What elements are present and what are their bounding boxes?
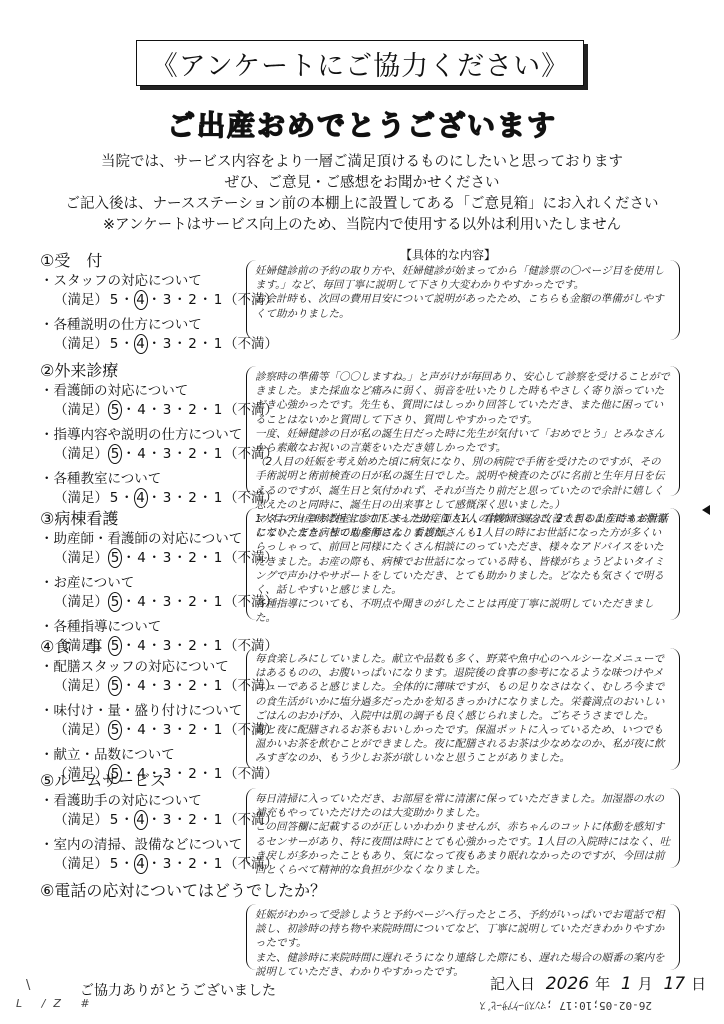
scale-separator: ・ (122, 722, 136, 738)
rating-option[interactable]: 2 (187, 291, 199, 309)
scale-separator: ・ (173, 812, 187, 828)
rating-option-selected[interactable]: 4 (134, 854, 148, 874)
scale-separator: ・ (148, 336, 162, 352)
rating-option[interactable]: 2 (187, 335, 199, 353)
rating-option[interactable]: 4 (136, 677, 148, 695)
rating-option[interactable]: 2 (187, 811, 199, 829)
rating-option[interactable]: 3 (161, 335, 173, 353)
scale-separator: ・ (199, 446, 213, 462)
rating-option[interactable]: 1 (212, 549, 224, 567)
congrats-heading: ご出産おめでとうございます (0, 104, 724, 144)
question-label: 各種説明の仕方について (40, 316, 240, 334)
handwritten-comment: 毎日清掃に入っていただき、お部屋を常に清潔に保っていただきました。加湿器の水の補… (255, 792, 671, 820)
rating-option[interactable]: 4 (136, 593, 148, 611)
rating-option[interactable]: 3 (161, 721, 173, 739)
rating-scale: （満足）5・4・3・2・1（不満） (40, 290, 240, 310)
rating-option-selected[interactable]: 5 (108, 400, 122, 420)
rating-option[interactable]: 3 (161, 593, 173, 611)
scale-separator: ・ (120, 490, 134, 506)
survey-section: ⑥電話の応対についてはどうでしたか？ (40, 880, 240, 902)
rating-scale: （満足）5・4・3・2・1（不満） (40, 854, 240, 874)
scale-separator: ・ (173, 856, 187, 872)
rating-scale: （満足）5・4・3・2・1（不満） (40, 720, 240, 740)
section-title: ⑤ルームサービス (40, 770, 240, 792)
section-title: ②外来診療 (40, 360, 240, 382)
scale-separator: ・ (199, 678, 213, 694)
rating-option[interactable]: 5 (108, 335, 120, 353)
rating-option[interactable]: 1 (212, 335, 224, 353)
rating-option[interactable]: 4 (136, 549, 148, 567)
entry-date: 記入日 2026年 1月 17日 (490, 973, 706, 994)
scale-separator: ・ (148, 490, 162, 506)
scale-separator: ・ (199, 292, 213, 308)
question-label: 看護助手の対応について (40, 792, 240, 810)
question-label: スタッフの対応について (40, 272, 240, 290)
rating-option[interactable]: 2 (187, 855, 199, 873)
scale-separator: ・ (199, 812, 213, 828)
scale-separator: ・ (199, 594, 213, 610)
scale-separator: ・ (173, 722, 187, 738)
question-label: 味付け・量・盛り付けについて (40, 702, 240, 720)
handwritten-comment: 診察時の準備等「〇〇しますね。」と声がけが毎回あり、安心して診察を受けることがで… (255, 370, 671, 427)
rating-option[interactable]: 4 (136, 721, 148, 739)
scale-separator: ・ (120, 856, 134, 872)
question-label: 配膳スタッフの対応について (40, 658, 240, 676)
intro-text: 当院では、サービス内容をより一層ご満足頂けるものにしたいと思っております ぜひ、… (60, 152, 664, 236)
scale-left-label: （満足） (54, 722, 108, 738)
scale-separator: ・ (122, 678, 136, 694)
rating-option[interactable]: 1 (212, 593, 224, 611)
scale-separator: ・ (173, 446, 187, 462)
date-label: 記入日 (490, 975, 535, 993)
scale-left-label: （満足） (54, 446, 108, 462)
side-arrow-mark (702, 505, 710, 515)
rating-option[interactable]: 2 (187, 401, 199, 419)
comment-box[interactable]: 妊娠がわかって受診しようと予約ページへ行ったところ、予約がいっぱいでお電話で相談… (246, 904, 680, 970)
rating-option[interactable]: 5 (108, 855, 120, 873)
rating-option-selected[interactable]: 4 (134, 488, 148, 508)
handwritten-comment: 1人目の出産時に担当して下さった助産師さん、看護師さんに、2人目の出産時もお世話… (255, 512, 671, 597)
rating-option-selected[interactable]: 5 (108, 720, 122, 740)
scale-separator: ・ (148, 446, 162, 462)
question-label: お産について (40, 574, 240, 592)
date-year[interactable]: 2026 (546, 974, 589, 994)
section-title: ⑥電話の応対についてはどうでしたか？ (40, 880, 240, 902)
scale-separator: ・ (199, 722, 213, 738)
scale-separator: ・ (122, 594, 136, 610)
rating-option[interactable]: 2 (187, 721, 199, 739)
rating-option[interactable]: 5 (108, 291, 120, 309)
rating-option[interactable]: 5 (108, 489, 120, 507)
scale-left-label: （満足） (54, 856, 108, 872)
scale-left-label: （満足） (54, 678, 108, 694)
survey-section: ④食 事配膳スタッフの対応について（満足）5・4・3・2・1（不満）味付け・量・… (40, 636, 240, 790)
comment-box[interactable]: 診察時の準備等「〇〇しますね。」と声がけが毎回あり、安心して診察を受けることがで… (246, 366, 680, 496)
rating-scale: （満足）5・4・3・2・1（不満） (40, 334, 240, 354)
rating-option[interactable]: 2 (187, 549, 199, 567)
scale-separator: ・ (173, 402, 187, 418)
handwritten-comment: 妊娠がわかって受診しようと予約ページへ行ったところ、予約がいっぱいでお電話で相談… (255, 908, 671, 951)
rating-option[interactable]: 3 (161, 855, 173, 873)
scale-left-label: （満足） (54, 812, 108, 828)
survey-section: ②外来診療看護師の対応について（満足）5・4・3・2・1（不満）指導内容や説明の… (40, 360, 240, 514)
rating-scale: （満足）5・4・3・2・1（不満） (40, 676, 240, 696)
rating-option[interactable]: 3 (161, 291, 173, 309)
scale-left-label: （満足） (54, 550, 108, 566)
rating-scale: （満足）5・4・3・2・1（不満） (40, 810, 240, 830)
scale-separator: ・ (122, 550, 136, 566)
rating-option[interactable]: 2 (187, 677, 199, 695)
rating-option[interactable]: 1 (212, 445, 224, 463)
rating-option-selected[interactable]: 5 (108, 592, 122, 612)
rating-scale: （満足）5・4・3・2・1（不満） (40, 444, 240, 464)
scale-separator: ・ (122, 402, 136, 418)
scale-separator: ・ (120, 812, 134, 828)
scale-separator: ・ (199, 336, 213, 352)
question-label: 看護師の対応について (40, 382, 240, 400)
scale-separator: ・ (148, 292, 162, 308)
scale-left-label: （満足） (54, 490, 108, 506)
rating-option[interactable]: 3 (161, 489, 173, 507)
scale-separator: ・ (148, 550, 162, 566)
rating-option[interactable]: 2 (187, 489, 199, 507)
rating-option[interactable]: 3 (161, 445, 173, 463)
section-title: ④食 事 (40, 636, 240, 658)
scale-separator: ・ (199, 856, 213, 872)
rating-option[interactable]: 1 (212, 677, 224, 695)
intro-line: ※アンケートはサービス向上のため、当院内で使用する以外は利用いたしません (60, 215, 664, 236)
thanks-text: ご協力ありがとうございました (80, 980, 276, 1000)
section-title: ①受 付 (40, 250, 240, 272)
scale-separator: ・ (199, 402, 213, 418)
rating-option-selected[interactable]: 5 (108, 548, 122, 568)
question-label: 室内の清掃、設備などについて (40, 836, 240, 854)
comment-box[interactable]: 毎食楽しみにしていました。献立や品数も多く、野菜や魚中心のヘルシーなメニューでは… (246, 648, 680, 770)
scale-separator: ・ (148, 594, 162, 610)
rating-option-selected[interactable]: 5 (108, 676, 122, 696)
rating-option[interactable]: 3 (161, 549, 173, 567)
scale-separator: ・ (173, 594, 187, 610)
intro-line: ぜひ、ご意見・ご感想をお聞かせください (60, 173, 664, 194)
rating-option[interactable]: 1 (212, 291, 224, 309)
rating-scale: （満足）5・4・3・2・1（不満） (40, 488, 240, 508)
handwritten-comment: （2人目の妊娠を考え始めた頃に病気になり、別の病院で手術を受けたのですが、その手… (255, 455, 671, 512)
survey-title: 《アンケートにご協力ください》 (151, 44, 569, 83)
question-label: 各種指導について (40, 618, 240, 636)
scale-separator: ・ (173, 678, 187, 694)
comment-box[interactable]: 妊婦健診前の予約の取り方や、妊婦健診が始まってから「健診票の〇ページ目を使用しま… (246, 260, 680, 340)
rating-option[interactable]: 1 (212, 489, 224, 507)
question-label: 助産師・看護師の対応について (40, 530, 240, 548)
scale-separator: ・ (173, 490, 187, 506)
date-month[interactable]: 1 (621, 974, 632, 994)
intro-line: 当院では、サービス内容をより一層ご満足頂けるものにしたいと思っております (60, 152, 664, 173)
scale-separator: ・ (120, 292, 134, 308)
rating-scale: （満足）5・4・3・2・1（不満） (40, 400, 240, 420)
rating-option[interactable]: 4 (136, 401, 148, 419)
handwritten-comment: お会計時も、次回の費用目安について説明があったため、こちらも金額の準備がしやすく… (255, 292, 671, 320)
date-day[interactable]: 17 (663, 974, 685, 994)
scale-separator: ・ (199, 490, 213, 506)
rating-option-selected[interactable]: 4 (134, 334, 148, 354)
fax-stamp: 26-02-05;10:17 ;ﾏﾝｽﾘｰｹｱｻｰﾋﾞｽ (480, 998, 652, 1014)
handwritten-comment: 毎食楽しみにしていました。献立や品数も多く、野菜や魚中心のヘルシーなメニューでは… (255, 652, 671, 723)
rating-option[interactable]: 3 (161, 401, 173, 419)
month-unit: 月 (638, 975, 653, 993)
day-unit: 日 (691, 975, 706, 993)
scale-separator: ・ (173, 550, 187, 566)
scale-separator: ・ (173, 336, 187, 352)
survey-title-box: 《アンケートにご協力ください》 (136, 40, 584, 86)
rating-option[interactable]: 3 (161, 677, 173, 695)
rating-option-selected[interactable]: 5 (108, 444, 122, 464)
question-label: 指導内容や説明の仕方について (40, 426, 240, 444)
rating-option[interactable]: 5 (108, 811, 120, 829)
scale-separator: ・ (148, 856, 162, 872)
rating-scale: （満足）5・4・3・2・1（不満） (40, 548, 240, 568)
intro-line: ご記入後は、ナースステーション前の本棚上に設置してある「ご意見箱」にお入れくださ… (60, 194, 664, 215)
rating-option-selected[interactable]: 4 (134, 290, 148, 310)
rating-option[interactable]: 2 (187, 445, 199, 463)
scale-left-label: （満足） (54, 594, 108, 610)
scale-separator: ・ (122, 446, 136, 462)
rating-option[interactable]: 2 (187, 593, 199, 611)
scale-separator: ・ (199, 550, 213, 566)
scale-separator: ・ (148, 402, 162, 418)
survey-section: ①受 付スタッフの対応について（満足）5・4・3・2・1（不満）各種説明の仕方に… (40, 250, 240, 360)
comment-box[interactable]: 毎日清掃に入っていただき、お部屋を常に清潔に保っていただきました。加湿器の水の補… (246, 788, 680, 868)
scale-left-label: （満足） (54, 292, 108, 308)
rating-option[interactable]: 1 (212, 721, 224, 739)
rating-option[interactable]: 3 (161, 811, 173, 829)
scale-separator: ・ (173, 292, 187, 308)
scan-mark: \ (26, 978, 30, 993)
handwritten-comment: 朝と夜に配膳されるお茶もおいしかったです。保温ポットに入っているため、いつでも温… (255, 723, 671, 766)
rating-option[interactable]: 1 (212, 401, 224, 419)
handwritten-comment: 妊婦健診前の予約の取り方や、妊婦健診が始まってから「健診票の〇ページ目を使用しま… (255, 264, 671, 292)
handwritten-comment: この回答欄に記載するのが正しいかわかりませんが、赤ちゃんのコットに体動を感知する… (255, 820, 671, 877)
scale-left-label: （満足） (54, 336, 108, 352)
section-title: ③病棟看護 (40, 508, 240, 530)
scale-left-label: （満足） (54, 402, 108, 418)
handwritten-comment: 各種指導についても、不明点や聞きのがしたことは再度丁寧に説明していただきました。 (255, 597, 671, 625)
scale-separator: ・ (148, 812, 162, 828)
rating-option-selected[interactable]: 4 (134, 810, 148, 830)
scale-separator: ・ (120, 336, 134, 352)
scale-separator: ・ (148, 678, 162, 694)
year-unit: 年 (595, 975, 610, 993)
rating-option[interactable]: 4 (136, 445, 148, 463)
rating-option[interactable]: 1 (212, 855, 224, 873)
survey-section: ⑤ルームサービス看護助手の対応について（満足）5・4・3・2・1（不満）室内の清… (40, 770, 240, 880)
scale-separator: ・ (148, 722, 162, 738)
question-label: 献立・品数について (40, 746, 240, 764)
handwritten-comment: 一度、妊婦健診の日が私の誕生日だった時に先生が気付いて「おめでとう」とみなさんか… (255, 427, 671, 455)
rating-scale: （満足）5・4・3・2・1（不満） (40, 592, 240, 612)
question-label: 各種教室について (40, 470, 240, 488)
comment-box[interactable]: 1人目の出産時に担当して下さった助産師さん、看護師さんに、2人目の出産時もお世話… (246, 508, 680, 620)
rating-option[interactable]: 1 (212, 811, 224, 829)
